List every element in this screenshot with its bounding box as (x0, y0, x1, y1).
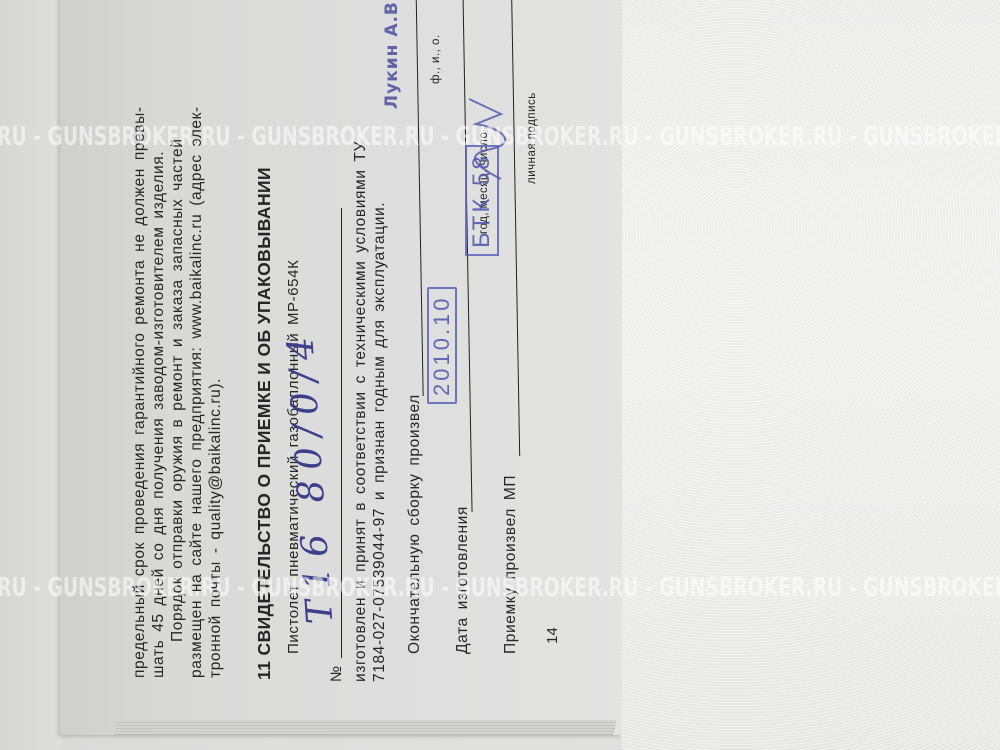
number-sign-label: № (327, 666, 346, 682)
signature-caption: личная подпись (523, 92, 542, 184)
acceptance-label: Приемку произвел МП (501, 475, 520, 654)
final-assembly-label: Окончательную сборку произвел (405, 394, 424, 654)
full-name-caption: ф., и., о. (427, 34, 446, 84)
page-stack-edge (114, 720, 617, 735)
background-surface-left (0, 0, 62, 750)
warranty-line-1: предельный срок проведения гарантийного … (130, 106, 149, 678)
serial-underline (341, 208, 342, 658)
handwritten-serial-number: Т16 80/0/4 (291, 327, 331, 625)
textured-table-surface (622, 0, 1000, 750)
assembler-name-stamp: Лукин А.В. (383, 0, 402, 109)
photo-scene: предельный срок проведения гарантийного … (0, 0, 1000, 750)
signature-icon (461, 94, 511, 184)
warranty-line-3: Порядок отправки оружия в ремонт и заказ… (168, 106, 187, 678)
acceptance-underline (511, 0, 520, 456)
warranty-line-4: размещен на сайте нашего предприятия: ww… (187, 106, 206, 678)
conformity-line-2: 7184-027-07539044-97 и признан годным дл… (370, 141, 389, 682)
section-heading: 11 СВИДЕТЕЛЬСТВО О ПРИЕМКЕ И ОБ УПАКОВЫВ… (255, 167, 274, 680)
warranty-line-2: шать 45 дней со дня получения заводом-из… (149, 106, 168, 678)
manufacture-date-label: Дата изготовления (453, 506, 472, 654)
conformity-line-1: изготовлен и принят в соответствии с тех… (351, 141, 370, 682)
warranty-line-5: тронной почты - quality@baikalinc.ru). (206, 106, 225, 678)
warranty-paragraph: предельный срок проведения гарантийного … (130, 106, 225, 678)
rotated-document-content: предельный срок проведения гарантийного … (95, 0, 565, 700)
final-assembly-underline (415, 0, 423, 396)
manufacture-date-stamp: 2010.10 (427, 287, 457, 404)
conformity-statement: изготовлен и принят в соответствии с тех… (351, 141, 389, 682)
page-number: 14 (543, 627, 562, 644)
